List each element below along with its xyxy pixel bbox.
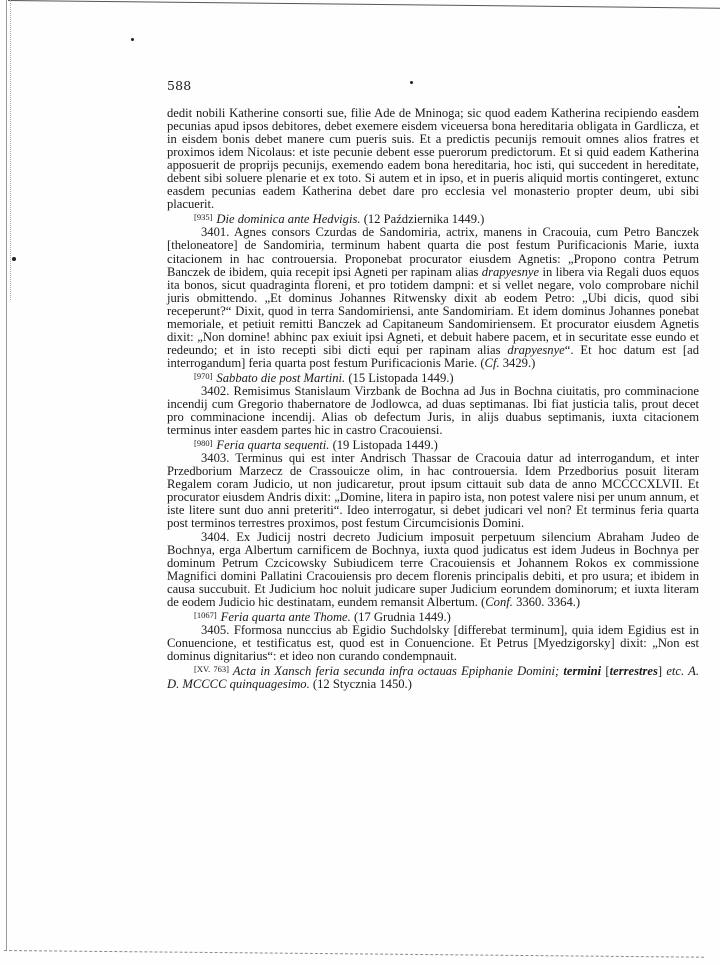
entry-3404: 3404. Ex Judicij nostri decreto Judicium… (167, 531, 699, 609)
heading-date: (17 Grudnia 1449.) (354, 610, 451, 624)
reference-number: [1067] (194, 610, 217, 620)
date-heading-935: [935]Die dominica ante Hedvigis. (12 Paź… (167, 211, 699, 226)
heading-date: (12 Października 1449.) (364, 212, 485, 226)
date-heading-970: [970]Sabbato die post Martini. (15 Listo… (167, 370, 699, 385)
page-edge-top (8, 0, 720, 10)
reference-number: [935] (194, 212, 212, 222)
reference-number: [970] (194, 371, 212, 381)
entry-3403: 3403. Terminus qui est inter Andrisch Th… (167, 452, 699, 530)
heading-title: Feria quarta ante Thome. (221, 610, 351, 624)
heading-title: Sabbato die post Martini. (216, 371, 345, 385)
scan-speck (12, 257, 16, 261)
heading-title: Acta in Xansch feria secunda infra octau… (233, 664, 559, 678)
heading-date: (15 Listopada 1449.) (348, 371, 453, 385)
entry-3402: 3402. Remisimus Stanislaum Virzbank de B… (167, 385, 699, 437)
page-edge-bottom (4, 950, 704, 959)
document-body: dedit nobili Katherine consorti sue, fil… (167, 107, 699, 691)
page-edge-left-inner (10, 0, 12, 300)
heading-date: (12 Stycznia 1450.) (313, 677, 412, 691)
reference-number: [980] (194, 438, 212, 448)
entry-3405: 3405. Fformosa nunccius ab Egidio Suchdo… (167, 624, 699, 663)
scan-speck (131, 38, 134, 41)
date-heading-xv-763: [XV. 763]Acta in Xansch feria secunda in… (167, 663, 699, 691)
heading-title: Feria quarta sequenti. (216, 438, 329, 452)
entry-3401: 3401. Agnes consors Czurdas de Sandomiri… (167, 226, 699, 370)
date-heading-1067: [1067]Feria quarta ante Thome. (17 Grudn… (167, 609, 699, 624)
heading-date: (19 Listopada 1449.) (333, 438, 438, 452)
page-edge-left (6, 0, 8, 950)
reference-number: [XV. 763] (194, 664, 229, 674)
date-heading-980: [980]Feria quarta sequenti. (19 Listopad… (167, 437, 699, 452)
page-number: 588 (167, 78, 191, 93)
scan-speck (410, 81, 413, 84)
paragraph-continued: dedit nobili Katherine consorti sue, fil… (167, 107, 699, 211)
heading-title: Die dominica ante Hedvigis. (216, 212, 360, 226)
